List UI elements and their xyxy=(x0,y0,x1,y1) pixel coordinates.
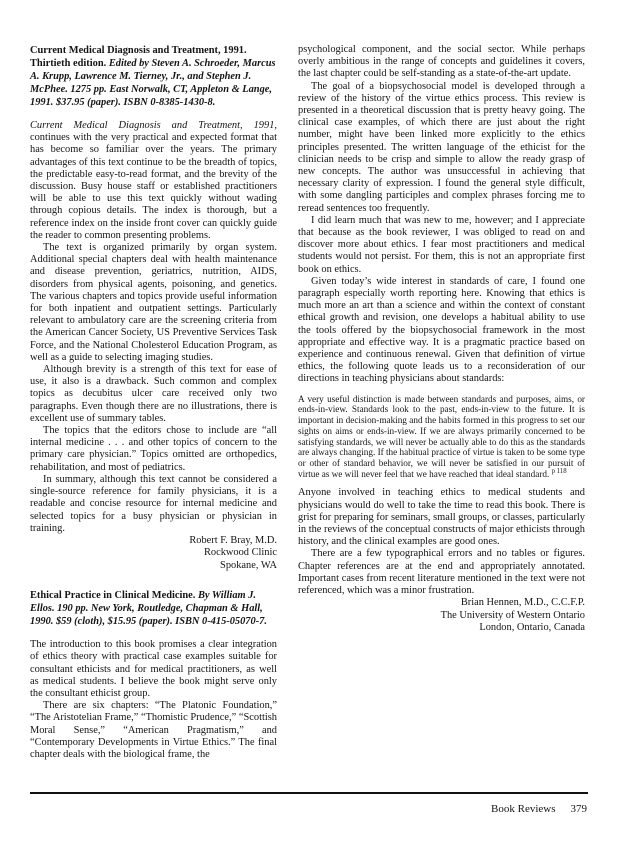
reviewer-name-2: Brian Hennen, M.D., C.C.F.P. xyxy=(298,597,585,609)
book-citation-1: Current Medical Diagnosis and Treatment,… xyxy=(30,44,277,109)
left-column: Current Medical Diagnosis and Treatment,… xyxy=(30,44,277,761)
review-1-opening-paragraph: Current Medical Diagnosis and Treatment,… xyxy=(30,120,277,242)
footer-page-number: 379 xyxy=(571,803,588,815)
book-citation-2: Ethical Practice in Clinical Medicine. B… xyxy=(30,589,277,628)
running-footer: Book Reviews379 xyxy=(491,803,587,816)
review-2-paragraph-goal: The goal of a biopsychosocial model is d… xyxy=(298,81,585,215)
reviewer-affiliation-1: Rockwood Clinic xyxy=(30,547,277,559)
quote-page-reference: p 118 xyxy=(552,468,567,475)
review-1-paragraph-summary: In summary, although this text cannot be… xyxy=(30,474,277,535)
footer-divider-rule xyxy=(30,792,588,794)
text-columns: Current Medical Diagnosis and Treatment,… xyxy=(30,44,585,761)
reviewer-location-1: Spokane, WA xyxy=(30,560,277,572)
review-2-paragraph-chapters-left: There are six chapters: “The Platonic Fo… xyxy=(30,700,277,761)
book-title-2: Ethical Practice in Clinical Medicine. xyxy=(30,590,195,601)
reviewer-signature-1: Robert F. Bray, M.D. Rockwood Clinic Spo… xyxy=(30,535,277,572)
review-1-paragraph-organization: The text is organized primarily by organ… xyxy=(30,242,277,364)
review-2-paragraph-standards: Given today’s wide interest in standards… xyxy=(298,276,585,386)
review-2-paragraph-introduction: The introduction to this book promises a… xyxy=(30,639,277,700)
block-quote-text: A very useful distinction is made betwee… xyxy=(298,394,585,479)
review-2-paragraph-chapters-continued: psychological component, and the social … xyxy=(298,44,585,81)
review-1-opening-italic-title: Current Medical Diagnosis and Treatment,… xyxy=(30,120,274,131)
footer-section-label: Book Reviews xyxy=(491,803,555,815)
review-1-paragraph-brevity: Although brevity is a strength of this t… xyxy=(30,364,277,425)
block-quote: A very useful distinction is made betwee… xyxy=(298,394,585,480)
right-column: psychological component, and the social … xyxy=(298,44,585,761)
review-1-paragraph-topics: The topics that the editors chose to inc… xyxy=(30,425,277,474)
reviewer-signature-2: Brian Hennen, M.D., C.C.F.P. The Univers… xyxy=(298,597,585,634)
reviewer-location-2: London, Ontario, Canada xyxy=(298,622,585,634)
review-2-paragraph-teaching: Anyone involved in teaching ethics to me… xyxy=(298,487,585,548)
review-1-opening-text: , continues with the very practical and … xyxy=(30,120,277,241)
reviewer-name-1: Robert F. Bray, M.D. xyxy=(30,535,277,547)
review-2-paragraph-typography: There are a few typographical errors and… xyxy=(298,548,585,597)
review-2-paragraph-learned: I did learn much that was new to me, how… xyxy=(298,215,585,276)
reviewer-affiliation-2: The University of Western Ontario xyxy=(298,610,585,622)
journal-book-reviews-page: Current Medical Diagnosis and Treatment,… xyxy=(0,0,620,845)
